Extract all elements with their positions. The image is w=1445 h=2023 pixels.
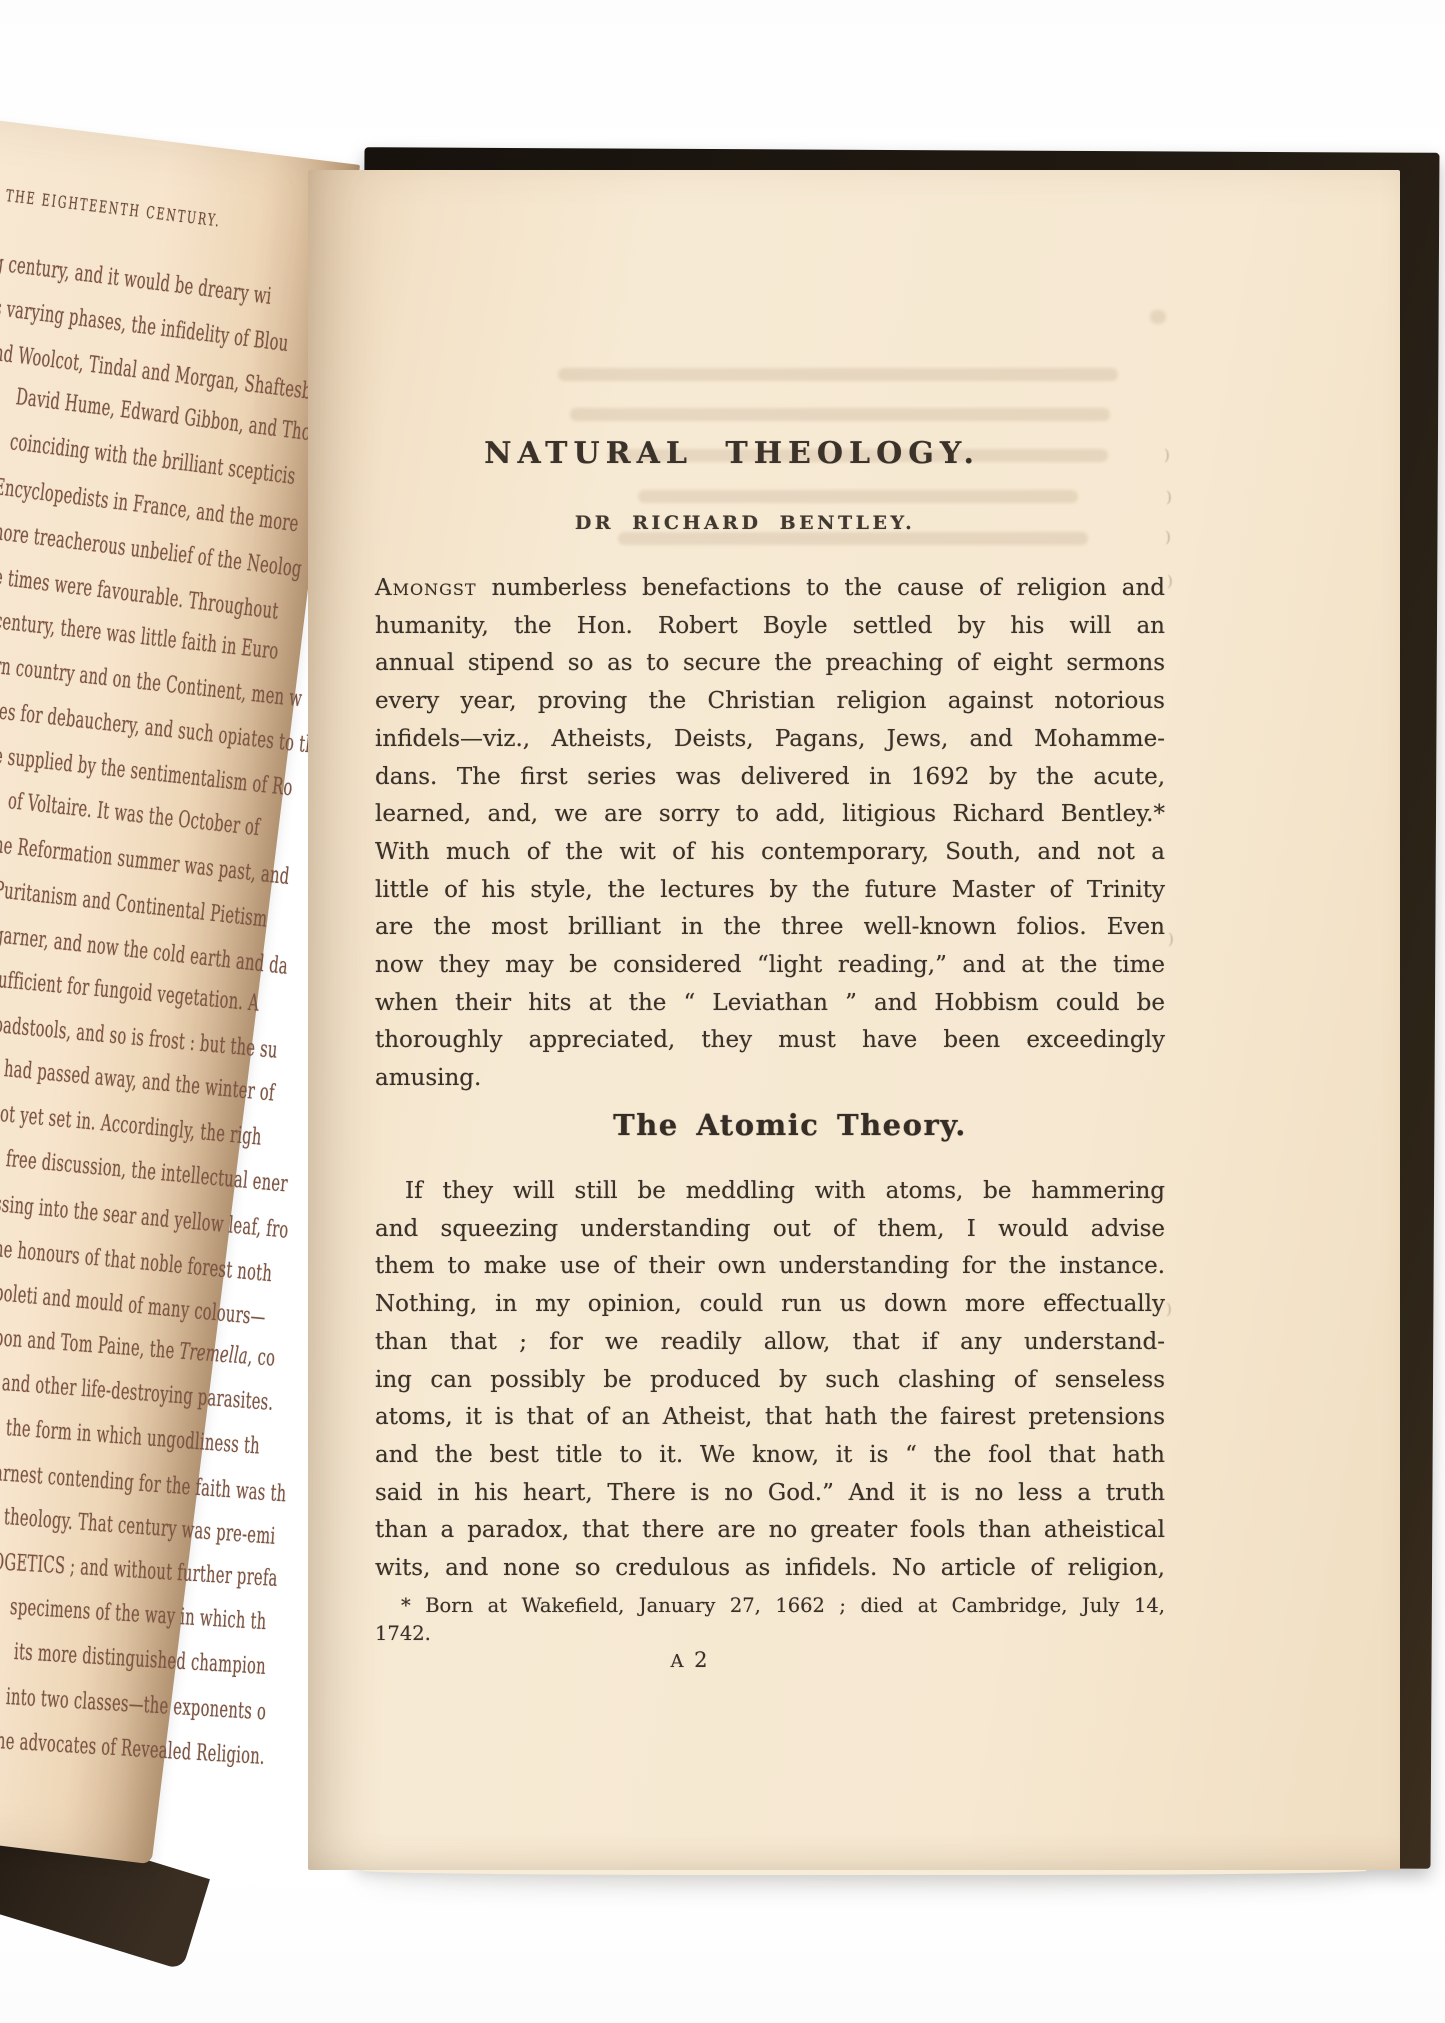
text-line: If they will still be meddling with atom…	[375, 1173, 1165, 1211]
text-line: than that ; for we readily allow, that i…	[375, 1324, 1165, 1362]
text-line: ing can possibly be produced by such cla…	[375, 1362, 1165, 1400]
showthrough-mark	[1165, 528, 1175, 544]
footnote-line: 1742.	[375, 1620, 1165, 1648]
signature-letter: A	[670, 1651, 685, 1672]
showthrough-ghost	[1150, 310, 1166, 324]
text-line: said in his heart, There is no God.” And…	[375, 1475, 1165, 1513]
text-line: them to make use of their own understand…	[375, 1248, 1165, 1286]
showthrough-ghost	[638, 490, 1078, 503]
signature-number: 2	[694, 1648, 709, 1672]
showthrough-mark	[1167, 572, 1177, 588]
text-fragment: numberless benefactions to the cause of …	[492, 575, 1165, 601]
text-line: Nothing, in my opinion, could run us dow…	[375, 1286, 1165, 1324]
showthrough-ghost	[558, 368, 1118, 381]
text-line: and the best title to it. We know, it is…	[375, 1437, 1165, 1475]
paragraph-1: Amongst numberless benefactions to the c…	[375, 570, 1165, 1098]
author-heading: DR RICHARD BENTLEY.	[375, 512, 1165, 534]
footnote-line: * Born at Wakefield, January 27, 1662 ; …	[375, 1592, 1165, 1620]
text-line: humanity, the Hon. Robert Boyle settled …	[375, 608, 1165, 646]
text-line: dans. The first series was delivered in …	[375, 759, 1165, 797]
showthrough-mark	[1168, 930, 1178, 946]
paragraph-lead-word: Amongst	[375, 575, 477, 601]
text-line: are the most brilliant in the three well…	[375, 909, 1165, 947]
text-line: when their hits at the “ Leviathan ” and…	[375, 985, 1165, 1023]
text-line: wits, and none so credulous as infidels.…	[375, 1550, 1165, 1588]
page-title: NATURAL THEOLOGY.	[375, 436, 1165, 471]
text-line: now they may be considered “light readin…	[375, 947, 1165, 985]
left-line-italic-word: Tremella	[179, 1339, 249, 1370]
text-line: amusing.	[375, 1060, 1165, 1098]
left-line-fragment: , co	[247, 1344, 276, 1372]
text-line: With much of the wit of his contemporary…	[375, 834, 1165, 872]
text-line: and squeezing understanding out of them,…	[375, 1211, 1165, 1249]
right-page: NATURAL THEOLOGY. DR RICHARD BENTLEY. Am…	[308, 170, 1400, 1870]
text-line: Amongst numberless benefactions to the c…	[375, 570, 1165, 608]
showthrough-mark	[1166, 488, 1176, 504]
section-heading: The Atomic Theory.	[375, 1108, 1165, 1142]
text-line: thoroughly appreciated, they must have b…	[375, 1022, 1165, 1060]
text-line: than a paradox, that there are no greate…	[375, 1512, 1165, 1550]
showthrough-ghost	[570, 408, 1110, 421]
book-photo: THE EIGHTEENTH CENTURY. g century, and i…	[0, 0, 1445, 2023]
text-line: annual stipend so as to secure the preac…	[375, 645, 1165, 683]
text-line: little of his style, the lectures by the…	[375, 872, 1165, 910]
text-line: infidels—viz., Atheists, Deists, Pagans,…	[375, 721, 1165, 759]
showthrough-mark	[1164, 446, 1174, 462]
paragraph-2: If they will still be meddling with atom…	[375, 1173, 1165, 1588]
footnote: * Born at Wakefield, January 27, 1662 ; …	[375, 1592, 1165, 1648]
showthrough-mark	[1166, 1300, 1176, 1316]
signature-mark: A 2	[375, 1648, 1165, 1672]
text-line: every year, proving the Christian religi…	[375, 683, 1165, 721]
text-line: learned, and, we are sorry to add, litig…	[375, 796, 1165, 834]
text-line: atoms, it is that of an Atheist, that ha…	[375, 1399, 1165, 1437]
